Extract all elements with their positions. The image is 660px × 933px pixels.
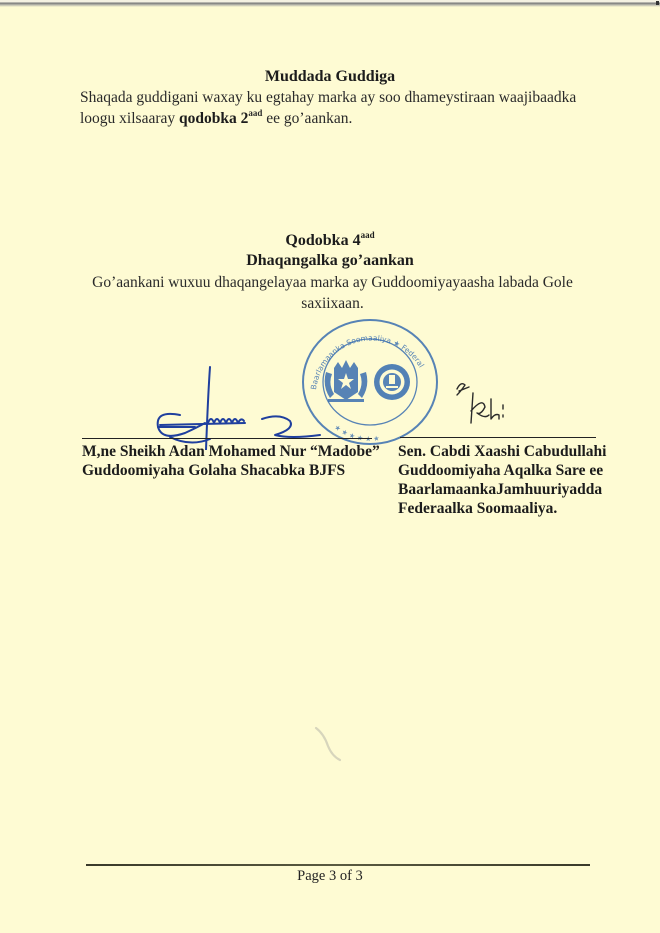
svg-text:★ ★ ★ ★ ★ ★: ★ ★ ★ ★ ★ ★ — [333, 423, 380, 443]
section2-paragraph: Go’aankani wuxuu dhaqangelayaa marka ay … — [60, 272, 605, 314]
page-number: Page 3 of 3 — [0, 868, 660, 885]
signatory-right: Sen. Cabdi Xaashi Cabudullahi Guddoomiya… — [398, 442, 606, 518]
scan-smudge — [310, 720, 350, 770]
section2-line1: Go’aankani wuxuu dhaqangelayaa marka ay … — [60, 272, 605, 293]
signatory-right-title-2: BaarlamaankaJamhuuriyadda — [398, 480, 606, 499]
edge-mark — [656, 1, 659, 5]
signatory-left: M,ne Sheikh Adan Mohamed Nur “Madobe” Gu… — [82, 442, 380, 480]
signatory-right-name: Sen. Cabdi Xaashi Cabudullahi — [398, 442, 606, 461]
article-reference: qodobka 2 — [179, 110, 248, 127]
signatory-right-title-3: Federaalka Soomaaliya. — [398, 499, 606, 518]
signatory-left-title: Guddoomiyaha Golaha Shacabka BJFS — [82, 461, 380, 480]
article-heading: Qodobka 4aad — [0, 232, 660, 250]
section-heading-muddada: Muddada Guddiga — [0, 68, 660, 86]
section1-line2: loogu xilsaaray qodobka 2aad ee go’aanka… — [80, 108, 600, 129]
section1-line1: Shaqada guddigani waxay ku egtahay marka… — [80, 87, 600, 108]
article-subheading: Dhaqangalka go’aankan — [0, 252, 660, 270]
section1-paragraph: Shaqada guddigani waxay ku egtahay marka… — [80, 87, 600, 129]
page-top-edge — [0, 0, 660, 7]
signature-line-left — [82, 438, 372, 439]
signature-right-icon — [455, 375, 525, 435]
signatory-left-name: M,ne Sheikh Adan Mohamed Nur “Madobe” — [82, 442, 380, 461]
signature-line-right — [400, 437, 596, 438]
footer-rule — [86, 864, 590, 866]
signatory-right-title-1: Guddoomiyaha Aqalka Sare ee — [398, 461, 606, 480]
